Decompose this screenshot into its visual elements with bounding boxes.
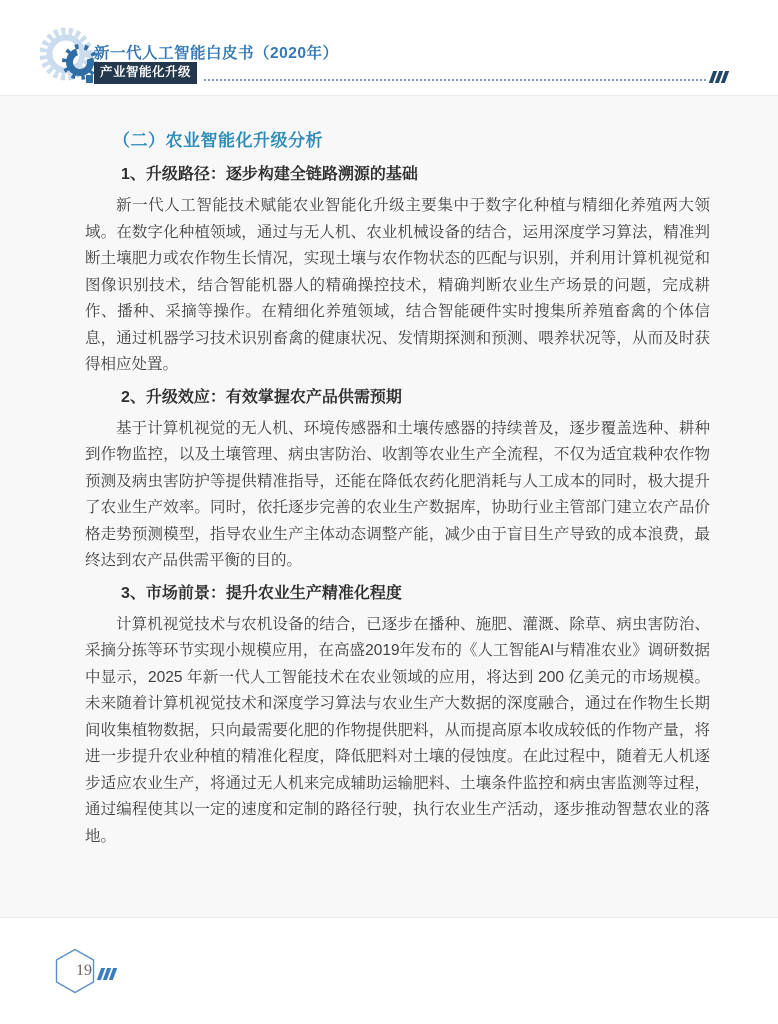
paragraph-1: 新一代人工智能技术赋能农业智能化升级主要集中于数字化种植与精细化养殖两大领域。在… bbox=[85, 193, 710, 379]
header-badge-row: 产业智能化升级 bbox=[94, 62, 726, 84]
chapter-badge: 产业智能化升级 bbox=[94, 62, 197, 84]
page-number: 19 bbox=[76, 962, 92, 980]
sub-heading-3: 3、市场前景：提升农业生产精准化程度 bbox=[121, 581, 710, 607]
section-title: （二）农业智能化升级分析 bbox=[113, 129, 710, 153]
page-footer: 19 bbox=[0, 918, 778, 1024]
sub-heading-2: 2、升级效应：有效掌握农产品供需预期 bbox=[121, 385, 710, 411]
page-header: 新一代人工智能白皮书（2020年） 产业智能化升级 bbox=[0, 0, 778, 95]
content-area: （二）农业智能化升级分析 1、升级路径：逐步构建全链路溯源的基础 新一代人工智能… bbox=[0, 95, 778, 918]
sub-heading-1: 1、升级路径：逐步构建全链路溯源的基础 bbox=[121, 162, 710, 188]
triple-slash-icon bbox=[99, 968, 115, 980]
triple-slash-icon bbox=[711, 71, 727, 83]
dotted-leader-line bbox=[204, 79, 705, 81]
document-title: 新一代人工智能白皮书（2020年） bbox=[94, 41, 338, 63]
paragraph-2: 基于计算机视觉的无人机、环境传感器和土壤传感器的持续普及，逐步覆盖选种、耕种到作… bbox=[85, 416, 710, 575]
document-page: 新一代人工智能白皮书（2020年） 产业智能化升级 （二）农业智能化升级分析 1… bbox=[0, 0, 778, 1024]
paragraph-3: 计算机视觉技术与农机设备的结合，已逐步在播种、施肥、灌溉、除草、病虫害防治、采摘… bbox=[85, 612, 710, 851]
